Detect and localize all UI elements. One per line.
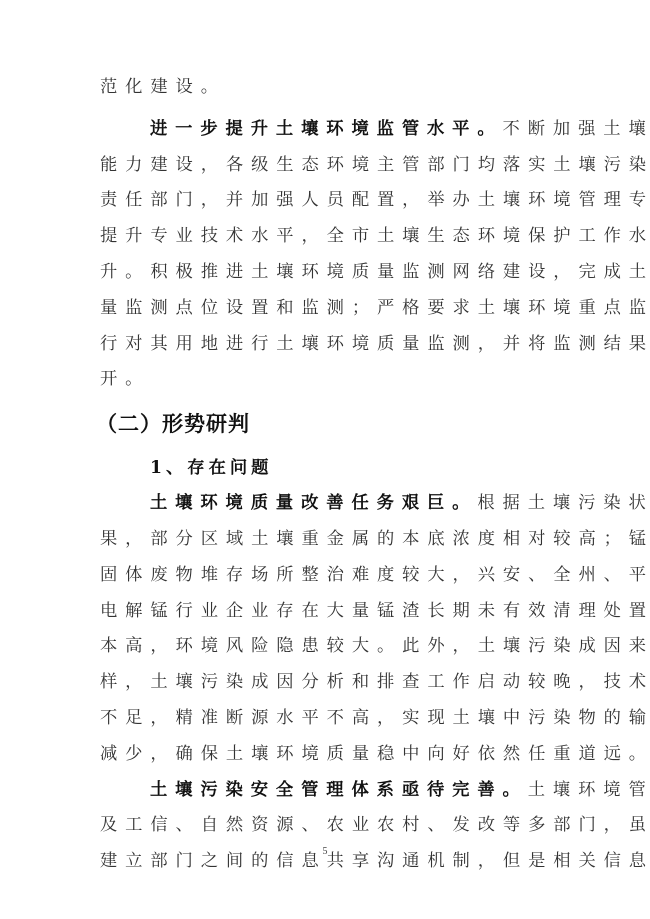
paragraph-first-line: 进一步提升土壤环境监管水平。不断加强土壤环境监管 [100, 112, 558, 148]
paragraph-first-line: 土壤污染安全管理体系亟待完善。土壤环境管理工作涉 [100, 773, 558, 809]
text-line: 样，土壤污染成因分析和排查工作启动较晚，技术支撑能力 [100, 665, 558, 701]
text-line: 果，部分区域土壤重金属的本底浓度相对较高；锰渣等工业 [100, 522, 558, 558]
text-line: 不足，精准断源水平不高，实现土壤中污染物的输入大幅度 [100, 701, 558, 737]
text-line: 升。积极推进土壤环境质量监测网络建设，完成土壤环境质 [100, 255, 558, 291]
paragraph-lead: 土壤污染安全管理体系亟待完善。 [150, 780, 528, 800]
page-content: 范化建设。 进一步提升土壤环境监管水平。不断加强土壤环境监管 能力建设，各级生态… [100, 70, 558, 880]
text-line: 量监测点位设置和监测；严格要求土壤环境重点监管企业自 [100, 291, 558, 327]
page-number: 5 [0, 846, 650, 857]
text-line: 提升专业技术水平，全市土壤生态环境保护工作水平持续提 [100, 219, 558, 255]
text-line: 开。 [100, 362, 558, 398]
text-line: 及工信、自然资源、农业农村、发改等多部门，虽然目前已 [100, 808, 558, 844]
text-line: 范化建设。 [100, 70, 558, 106]
text-line: 本高，环境风险隐患较大。此外，土壤污染成因来源复杂多 [100, 629, 558, 665]
section-heading: （二）形势研判 [96, 398, 558, 450]
text-line: 行对其用地进行土壤环境质量监测，并将监测结果向社会公 [100, 327, 558, 363]
paragraph-lead: 进一步提升土壤环境监管水平。 [150, 119, 503, 139]
text-line: 减少，确保土壤环境质量稳中向好依然任重道远。 [100, 737, 558, 773]
text-line: 固体废物堆存场所整治难度较大，兴安、全州、平乐等县区 [100, 558, 558, 594]
subsection-heading: 1、存在问题 [100, 450, 558, 486]
text-span: 根据土壤污染状况详查结 [477, 493, 650, 513]
text-span: 土壤环境管理工作涉 [528, 780, 650, 800]
document-page: 范化建设。 进一步提升土壤环境监管水平。不断加强土壤环境监管 能力建设，各级生态… [0, 0, 650, 919]
paragraph-first-line: 土壤环境质量改善任务艰巨。根据土壤污染状况详查结 [100, 486, 558, 522]
text-span: 不断加强土壤环境监管 [503, 119, 650, 139]
text-line: 责任部门，并加强人员配置，举办土壤环境管理专项培训， [100, 183, 558, 219]
paragraph-lead: 土壤环境质量改善任务艰巨。 [150, 493, 477, 513]
text-line: 电解锰行业企业存在大量锰渣长期未有效清理处置，治理成 [100, 594, 558, 630]
text-line: 能力建设，各级生态环境主管部门均落实土壤污染防治工作 [100, 148, 558, 184]
